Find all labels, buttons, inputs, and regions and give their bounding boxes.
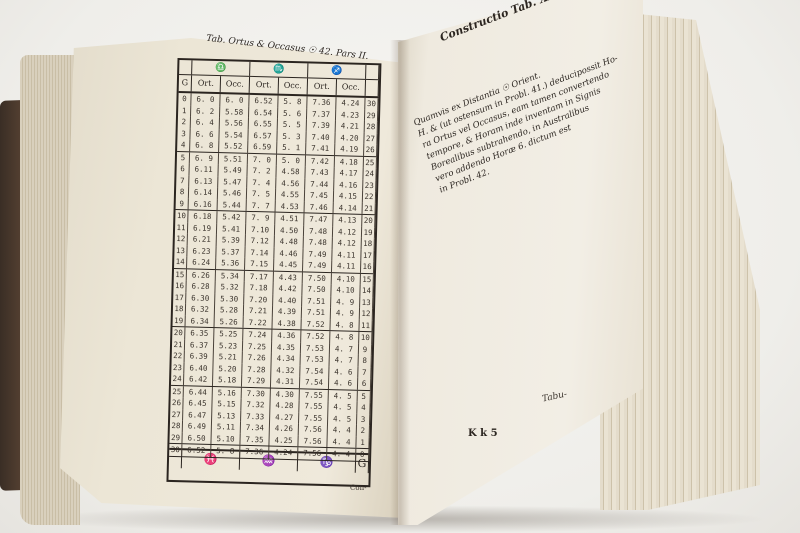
col-occ: Occ. <box>279 78 308 95</box>
table-cell: 5. 8 <box>211 445 240 457</box>
table-cell: 4.42 <box>273 283 302 295</box>
table-cell: 18 <box>173 303 186 315</box>
table-cell: 4.18 <box>335 156 364 168</box>
table-cell: 5. 1 <box>277 142 306 154</box>
table-cell: 29 <box>365 109 378 121</box>
table-cell: 18 <box>362 238 375 250</box>
table-cell: 6. 2 <box>191 105 220 117</box>
table-cell: 5.11 <box>212 421 241 433</box>
table-cell: 5.51 <box>219 153 248 165</box>
table-cell: 6.42 <box>184 373 213 385</box>
table-cell: 4.24 <box>336 97 365 109</box>
table-cell: 6.11 <box>189 163 218 175</box>
table-cell: 7.52 <box>301 318 330 330</box>
table-cell: 23 <box>363 179 376 191</box>
table-cell: 7.56 <box>298 435 327 447</box>
table-cell: 7.49 <box>303 248 332 260</box>
table-cell: 7.50 <box>303 272 332 284</box>
table-cell: 16 <box>173 280 186 292</box>
table-cell: 5.28 <box>215 304 244 316</box>
table-cell: 4.12 <box>333 237 362 249</box>
table-cell: 24 <box>363 168 376 180</box>
table-cell: 3 <box>357 413 370 425</box>
table-cell: 6 <box>358 378 371 390</box>
table-cell: 1 <box>178 105 191 117</box>
table-cell: 4.16 <box>334 179 363 191</box>
table-cell: 7.12 <box>246 235 275 247</box>
left-catchword: Con- <box>350 484 366 492</box>
table-cell: 4. 4 <box>327 436 356 448</box>
table-cell: 7.55 <box>299 412 328 424</box>
table-cell: 7.14 <box>245 246 274 258</box>
table-cell: 4.10 <box>331 284 360 296</box>
table-cell: 4. 6 <box>329 366 358 378</box>
table-cell: 6.44 <box>184 386 213 398</box>
col-ort: Ort. <box>308 78 337 95</box>
table-cell: 7.52 <box>301 330 330 342</box>
table-cell: 5.23 <box>214 340 243 352</box>
table-cell: 6.59 <box>248 141 277 153</box>
table-cell: 4.45 <box>274 259 303 271</box>
table-cell: 6.35 <box>185 327 214 339</box>
table-cell: 28 <box>170 420 183 432</box>
table-cell: 7.46 <box>305 201 334 213</box>
sign-scorpio: ♏ <box>250 62 308 78</box>
table-cell: 7.40 <box>306 131 335 143</box>
table-cell: 0 <box>356 449 369 461</box>
table-cell: 7.47 <box>304 213 333 225</box>
book-gutter <box>390 40 410 525</box>
table-cell: 4.20 <box>335 132 364 144</box>
table-cell: 7.50 <box>302 283 331 295</box>
table-cell: 7.26 <box>243 352 272 364</box>
table-cell: 7.53 <box>301 353 330 365</box>
table-cell: 4.15 <box>334 190 363 202</box>
table-cell: 9 <box>176 197 189 209</box>
table-cell: 11 <box>359 319 372 331</box>
table-cell: 17 <box>361 249 374 261</box>
table-cell: 5.41 <box>217 223 246 235</box>
table-cell: 4. 4 <box>328 424 357 436</box>
table-cell: 4.27 <box>270 411 299 423</box>
table-cell: 15 <box>174 268 187 280</box>
table-cell: 7.25 <box>243 340 272 352</box>
table-cell: 7.17 <box>245 270 274 282</box>
table-cell: 11 <box>175 221 188 233</box>
table-cell: 4.11 <box>332 249 361 261</box>
table-cell: 9 <box>359 343 372 355</box>
row-block: 206.355.257.244.367.524. 810216.375.237.… <box>171 327 372 391</box>
table-cell: 7.51 <box>302 306 331 318</box>
table-cell: 10 <box>359 332 372 344</box>
table-cell: 6.52 <box>182 444 211 456</box>
table-cell: 4.26 <box>270 423 299 435</box>
table-cell: 17 <box>173 291 186 303</box>
table-cell: 1 <box>356 436 369 448</box>
table-cell: 3 <box>177 128 190 140</box>
table-cell: 8 <box>359 355 372 367</box>
table-cell: 4.36 <box>272 330 301 342</box>
table-cell: 4.21 <box>336 120 365 132</box>
table-cell: 7.35 <box>240 433 269 445</box>
table-cell: 5.47 <box>218 176 247 188</box>
table-cell: 4.53 <box>276 200 305 212</box>
table-cell: 6. 9 <box>190 152 219 164</box>
sign-sagittarius: ♐ <box>308 63 366 79</box>
table-cell: 4.13 <box>333 214 362 226</box>
table-cell: 5.44 <box>218 199 247 211</box>
table-cell: 5.16 <box>213 387 242 399</box>
table-cell: 6. 0 <box>191 93 220 105</box>
table-cell: 4.56 <box>276 177 305 189</box>
table-cell: 4.31 <box>271 376 300 388</box>
table-cell: 4.34 <box>272 353 301 365</box>
table-cell: 4. 5 <box>328 401 357 413</box>
table-cell: 24 <box>171 373 184 385</box>
table-cell: 5.46 <box>218 187 247 199</box>
table-cell: 7.48 <box>304 225 333 237</box>
table-cell: 4.40 <box>273 294 302 306</box>
table-cell: 5. 3 <box>277 130 306 142</box>
table-cell: 20 <box>172 327 185 339</box>
table-cell: 5.20 <box>213 363 242 375</box>
col-occ: Occ. <box>221 76 250 93</box>
table-cell: 6.28 <box>186 280 215 292</box>
table-cell: 26 <box>170 397 183 409</box>
col-ort: Ort. <box>192 75 221 92</box>
table-cell: 6.55 <box>249 118 278 130</box>
table-cell: 7 <box>358 366 371 378</box>
table-cell: 13 <box>174 244 187 256</box>
table-cell: 7.34 <box>241 422 270 434</box>
table-cell: 6.37 <box>185 339 214 351</box>
table-cell: 19 <box>362 226 375 238</box>
table-cell: 6.23 <box>187 245 216 257</box>
table-cell: 4. 7 <box>330 343 359 355</box>
table-cell: 7.21 <box>244 305 273 317</box>
table-cell: 4.48 <box>275 236 304 248</box>
row-block: 106.185.427. 94.517.474.1320116.195.417.… <box>174 210 375 274</box>
table-cell: 7.43 <box>305 166 334 178</box>
table-cell: 7.44 <box>305 178 334 190</box>
table-cell: 5 <box>177 152 190 164</box>
table-cell: 5.10 <box>211 433 240 445</box>
table-cell: 4. 8 <box>330 319 359 331</box>
table-cell: 7.15 <box>245 258 274 270</box>
row-block: 56. 95.517. 05. 07.424.182566.115.497. 2… <box>176 152 377 216</box>
table-cell: 21 <box>363 202 376 214</box>
table-cell: 6.26 <box>187 269 216 281</box>
table-cell: 7. 2 <box>247 165 276 177</box>
table-cell: 7.55 <box>299 400 328 412</box>
table-cell: 12 <box>175 233 188 245</box>
table-cell: 7.22 <box>243 316 272 328</box>
table-cell: 7.45 <box>305 189 334 201</box>
table-cell: 22 <box>363 191 376 203</box>
table-cell: 7.56 <box>298 447 327 459</box>
table-cell: 5.54 <box>219 129 248 141</box>
table-cell: 6.34 <box>186 315 215 327</box>
table-cell: 7. 4 <box>247 176 276 188</box>
table-cell: 5. 5 <box>278 119 307 131</box>
corner-cell <box>366 80 379 96</box>
table-cell: 6.39 <box>185 350 214 362</box>
table-cell: 6.52 <box>249 95 278 107</box>
table-cell: 27 <box>170 408 183 420</box>
table-cell: 5.58 <box>220 106 249 118</box>
table-cell: 4. 9 <box>331 307 360 319</box>
table-grid: ♎ ♏ ♐ G Ort. Occ. Ort. Occ. Ort. Occ. 06… <box>166 58 381 487</box>
sign-libra: ♎ <box>192 60 250 76</box>
table-cell: 5.49 <box>218 164 247 176</box>
table-cell: 5.56 <box>220 117 249 129</box>
table-cell: 7.51 <box>302 295 331 307</box>
table-cell: 5.42 <box>217 211 246 223</box>
table-cell: 4. 5 <box>329 390 358 402</box>
row-block: 156.265.347.174.437.504.1015166.285.327.… <box>172 268 373 332</box>
signature-mark: K k 5 <box>468 428 498 439</box>
table-cell: 7.24 <box>243 329 272 341</box>
table-cell: 7. 5 <box>247 188 276 200</box>
table-cell: 6.13 <box>189 175 218 187</box>
table-cell: 4. 9 <box>331 296 360 308</box>
table-cell: 7.29 <box>242 375 271 387</box>
table-cell: 7.55 <box>300 389 329 401</box>
table-cell: 6.47 <box>183 409 212 421</box>
table-cell: 25 <box>171 385 184 397</box>
table-cell: 6. 4 <box>191 116 220 128</box>
table-cell: 4.43 <box>274 271 303 283</box>
table-cell: 6.49 <box>183 420 212 432</box>
corner-cell <box>366 65 379 79</box>
table-cell: 7.20 <box>244 293 273 305</box>
row-block: 06. 06. 06.525. 87.364.243016. 25.586.54… <box>177 93 378 157</box>
table-cell: 5.21 <box>214 351 243 363</box>
table-cell: 30 <box>169 444 182 456</box>
table-cell: 14 <box>174 256 187 268</box>
table-cell: 5.26 <box>214 316 243 328</box>
table-cell: 4. 5 <box>328 413 357 425</box>
table-cell: 6.32 <box>186 303 215 315</box>
table-cell: 8 <box>176 186 189 198</box>
table-cell: 4.17 <box>334 167 363 179</box>
table-cell: 4.55 <box>276 189 305 201</box>
table-cell: 6. 0 <box>220 94 249 106</box>
table-cell: 5. 0 <box>277 154 306 166</box>
table-cell: 13 <box>360 296 373 308</box>
table-cell: 4.46 <box>274 247 303 259</box>
table-cell: 7.37 <box>307 108 336 120</box>
table-cell: 7.54 <box>300 365 329 377</box>
table-cell: 5. 6 <box>278 107 307 119</box>
table-cell: 5.37 <box>216 246 245 258</box>
table-cell: 6.24 <box>187 256 216 268</box>
table-cell: 6.14 <box>189 186 218 198</box>
table-cell: 5.39 <box>217 234 246 246</box>
table-cell: 4.51 <box>275 213 304 225</box>
table-cell: 4.30 <box>271 388 300 400</box>
degree-label: G <box>179 75 192 91</box>
table-cell: 6.21 <box>188 233 217 245</box>
table-cell: 4.10 <box>332 273 361 285</box>
table-cell: 7. 9 <box>246 212 275 224</box>
table-cell: 6.18 <box>188 210 217 222</box>
table-cell: 20 <box>362 215 375 227</box>
corner-cell <box>179 60 192 74</box>
table-cell: 7.28 <box>242 363 271 375</box>
table-cell: 14 <box>360 285 373 297</box>
table-cell: 4.38 <box>272 317 301 329</box>
table-cell: 5. 8 <box>278 96 307 108</box>
table-cell: 7.32 <box>241 399 270 411</box>
table-cell: 4.35 <box>272 341 301 353</box>
table-cell: 5.13 <box>212 410 241 422</box>
table-cell: 7.39 <box>307 119 336 131</box>
table-cell: 27 <box>364 132 377 144</box>
table-cell: 6. 8 <box>190 139 219 151</box>
table-cell: 6.19 <box>188 222 217 234</box>
table-cell: 7.18 <box>244 282 273 294</box>
table-cell: 4.24 <box>269 447 298 459</box>
table-cell: 7.36 <box>307 96 336 108</box>
rising-setting-table: Tab. Ortus & Occasus ☉ 42. Pars II. ♎ ♏ … <box>166 40 383 495</box>
table-cell: 7.49 <box>303 259 332 271</box>
table-cell: 4.58 <box>276 166 305 178</box>
table-cell: 21 <box>172 338 185 350</box>
table-cell: 7.53 <box>301 342 330 354</box>
table-cell: 4. 7 <box>330 354 359 366</box>
table-cell: 6. 6 <box>190 128 219 140</box>
table-body: 06. 06. 06.525. 87.364.243016. 25.586.54… <box>169 93 378 453</box>
table-cell: 4.12 <box>333 226 362 238</box>
table-cell: 5.18 <box>213 374 242 386</box>
table-cell: 4.11 <box>332 260 361 272</box>
table-cell: 22 <box>172 350 185 362</box>
table-cell: 5.52 <box>219 140 248 152</box>
table-cell: 7.41 <box>306 142 335 154</box>
table-cell: 6.30 <box>186 292 215 304</box>
table-cell: 16 <box>361 261 374 273</box>
table-cell: 0 <box>178 93 191 105</box>
table-cell: 6.50 <box>182 432 211 444</box>
table-cell: 4 <box>177 139 190 151</box>
table-cell: 5.15 <box>212 398 241 410</box>
table-cell: 4.25 <box>269 434 298 446</box>
table-cell: 7.48 <box>304 236 333 248</box>
table-cell: 7.36 <box>240 446 269 458</box>
table-cell: 4. 6 <box>329 377 358 389</box>
table-cell: 7.42 <box>306 155 335 167</box>
col-occ: Occ. <box>337 79 366 96</box>
table-cell: 4.39 <box>273 306 302 318</box>
table-cell: 5.32 <box>215 281 244 293</box>
table-cell: 6.57 <box>248 129 277 141</box>
table-cell: 5.34 <box>216 270 245 282</box>
table-cell: 7. 0 <box>248 153 277 165</box>
table-cell: 5 <box>358 390 371 402</box>
table-cell: 5.25 <box>214 328 243 340</box>
table-cell: 4.50 <box>275 224 304 236</box>
table-cell: 5.30 <box>215 293 244 305</box>
table-cell: 25 <box>364 156 377 168</box>
table-cell: 29 <box>169 431 182 443</box>
table-cell: 7.30 <box>242 387 271 399</box>
table-cell: 4. 4 <box>327 448 356 460</box>
table-cell: 4 <box>357 402 370 414</box>
table-cell: 4.14 <box>334 202 363 214</box>
table-cell: 12 <box>360 308 373 320</box>
table-cell: 4.28 <box>270 400 299 412</box>
table-cell: 7 <box>176 175 189 187</box>
table-cell: 26 <box>364 144 377 156</box>
table-cell: 7.56 <box>299 423 328 435</box>
table-cell: 4.32 <box>271 364 300 376</box>
table-cell: 2 <box>178 116 191 128</box>
table-cell: 2 <box>357 425 370 437</box>
table-cell: 6.40 <box>184 362 213 374</box>
table-cell: 7.33 <box>241 410 270 422</box>
table-cell: 4.19 <box>335 143 364 155</box>
table-cell: 4.23 <box>336 109 365 121</box>
table-cell: 7.54 <box>300 376 329 388</box>
table-cell: 23 <box>171 361 184 373</box>
table-cell: 6.54 <box>249 106 278 118</box>
table-cell: 10 <box>175 210 188 222</box>
table-cell: 6.45 <box>183 397 212 409</box>
table-cell: 19 <box>173 314 186 326</box>
table-cell: 15 <box>361 273 374 285</box>
col-ort: Ort. <box>250 77 279 94</box>
row-block: 256.445.167.304.307.554. 55266.455.157.3… <box>169 385 370 449</box>
table-cell: 7.10 <box>246 223 275 235</box>
table-cell: 4. 8 <box>330 331 359 343</box>
table-cell: 6.16 <box>189 198 218 210</box>
table-cell: 7. 7 <box>247 199 276 211</box>
table-cell: 6 <box>176 163 189 175</box>
table-cell: 5.36 <box>216 257 245 269</box>
table-cell: 30 <box>365 98 378 110</box>
table-cell: 28 <box>365 121 378 133</box>
